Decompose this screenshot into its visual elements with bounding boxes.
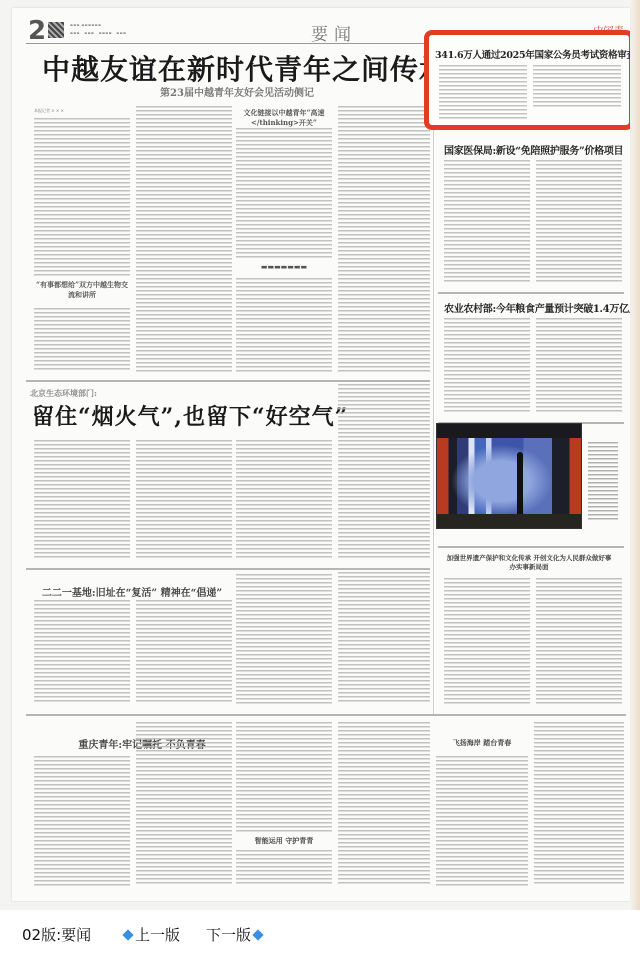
right-headline-medical-insurance[interactable]: 国家医保局:新设“免陪照护服务”价格项目 [444,142,623,157]
article-body [534,722,624,886]
article-body [444,578,530,706]
photo-caption [588,442,618,520]
feature-body-col-4 [338,384,430,560]
right-arrow-icon [252,929,263,940]
article-body [444,318,530,414]
lead-body-col-3 [236,128,332,258]
article-body [338,568,430,704]
lead-body-col-1b [34,308,130,372]
section-name: 要闻 [311,20,357,45]
lead-byline: 本报记者 × × × [34,108,64,114]
lead-inner-subtitle-2: 文化链接以中越青年“高速</thinking>开关” [236,108,332,128]
qr-code-icon [48,22,64,38]
highlighted-body-col-1 [439,65,527,121]
photo-figure [517,452,523,518]
article-body [536,578,622,706]
next-edition-link[interactable]: 下一版 [206,924,262,945]
article-body [338,722,430,886]
feature-body-col-3 [236,440,332,560]
article-body [34,756,130,886]
masthead-meta-line: ▬▬▬ ▬▬▬▬▬▬ [70,23,101,27]
article-body [536,318,622,414]
article-body [236,722,332,832]
highlighted-headline[interactable]: 341.6万人通过2025年国家公务员考试资格审查 [435,47,625,61]
divider [438,292,624,294]
highlighted-article[interactable]: 341.6万人通过2025年国家公务员考试资格审查 [424,30,630,130]
lead-headline[interactable]: 中越友谊在新时代青年之间传承 [42,48,432,88]
prev-edition-link[interactable]: 上一版 [124,924,180,945]
lead-body-col-1 [34,118,130,278]
masthead-editors-line: ▬▬▬ · ▬▬▬ · ▬▬▬▬ · ▬▬▬ [70,31,126,35]
photo-band [437,424,581,438]
article-headline-coast[interactable]: 飞扬海岸 踏台青春 [436,738,528,748]
current-edition-label: 02版:要闻 [22,924,91,945]
photo-band [437,514,581,528]
lead-body-col-4 [338,106,430,372]
article-headline-221-base[interactable]: 二二一基地:旧址在“复活” 精神在“倡递” [32,584,232,599]
page-number: 2 [28,16,46,46]
article-headline-smart-use[interactable]: 智能运用 守护青青 [236,836,332,846]
right-headline-grain-output[interactable]: 农业农村部:今年粮食产量预计突破1.4万亿斤 [444,300,630,315]
page-edge-shadow [630,0,640,963]
page-masthead: 2 ▬▬▬ ▬▬▬▬▬▬ ▬▬▬ · ▬▬▬ · ▬▬▬▬ · ▬▬▬ 要闻 [26,18,426,44]
news-photo[interactable] [436,423,582,529]
lead-body-col-3b [236,278,332,372]
feature-kicker: 北京生态环境部门: [30,388,150,399]
newspaper-page: 2 ▬▬▬ ▬▬▬▬▬▬ ▬▬▬ · ▬▬▬ · ▬▬▬▬ · ▬▬▬ 要闻 中… [12,8,630,901]
article-body [34,600,130,704]
article-body [536,160,622,284]
lead-inner-subtitle-3: ▬▬▬▬▬▬▬ [236,262,332,271]
article-body [136,722,232,886]
feature-headline[interactable]: 留住“烟火气”,也留下“好空气” [32,400,332,431]
left-arrow-icon [122,929,133,940]
divider [438,546,624,548]
article-body [236,574,332,704]
lead-subheadline: 第23届中越青年友好会见活动侧记 [42,84,432,99]
next-edition-label: 下一版 [206,924,251,945]
article-body [236,850,332,886]
lead-body-col-2 [136,106,232,372]
divider [26,714,626,716]
lead-inner-subtitle-1: “有事都想给”双方中越生物交流和讲所 [34,280,130,300]
divider [26,380,430,382]
prev-edition-label: 上一版 [135,924,180,945]
feature-body-col-1 [34,440,130,560]
article-body [136,600,232,704]
edition-nav-bar: 02版:要闻 上一版 下一版 [0,910,640,963]
article-body [436,756,528,886]
highlighted-body-col-2 [533,65,621,109]
article-body [444,160,530,284]
photo-article-headline[interactable]: 加强世界遗产保护和文化传承 开创文化为人民群众做好事办实事新局面 [444,554,614,572]
feature-body-col-2 [136,440,232,560]
column-divider [433,38,434,714]
